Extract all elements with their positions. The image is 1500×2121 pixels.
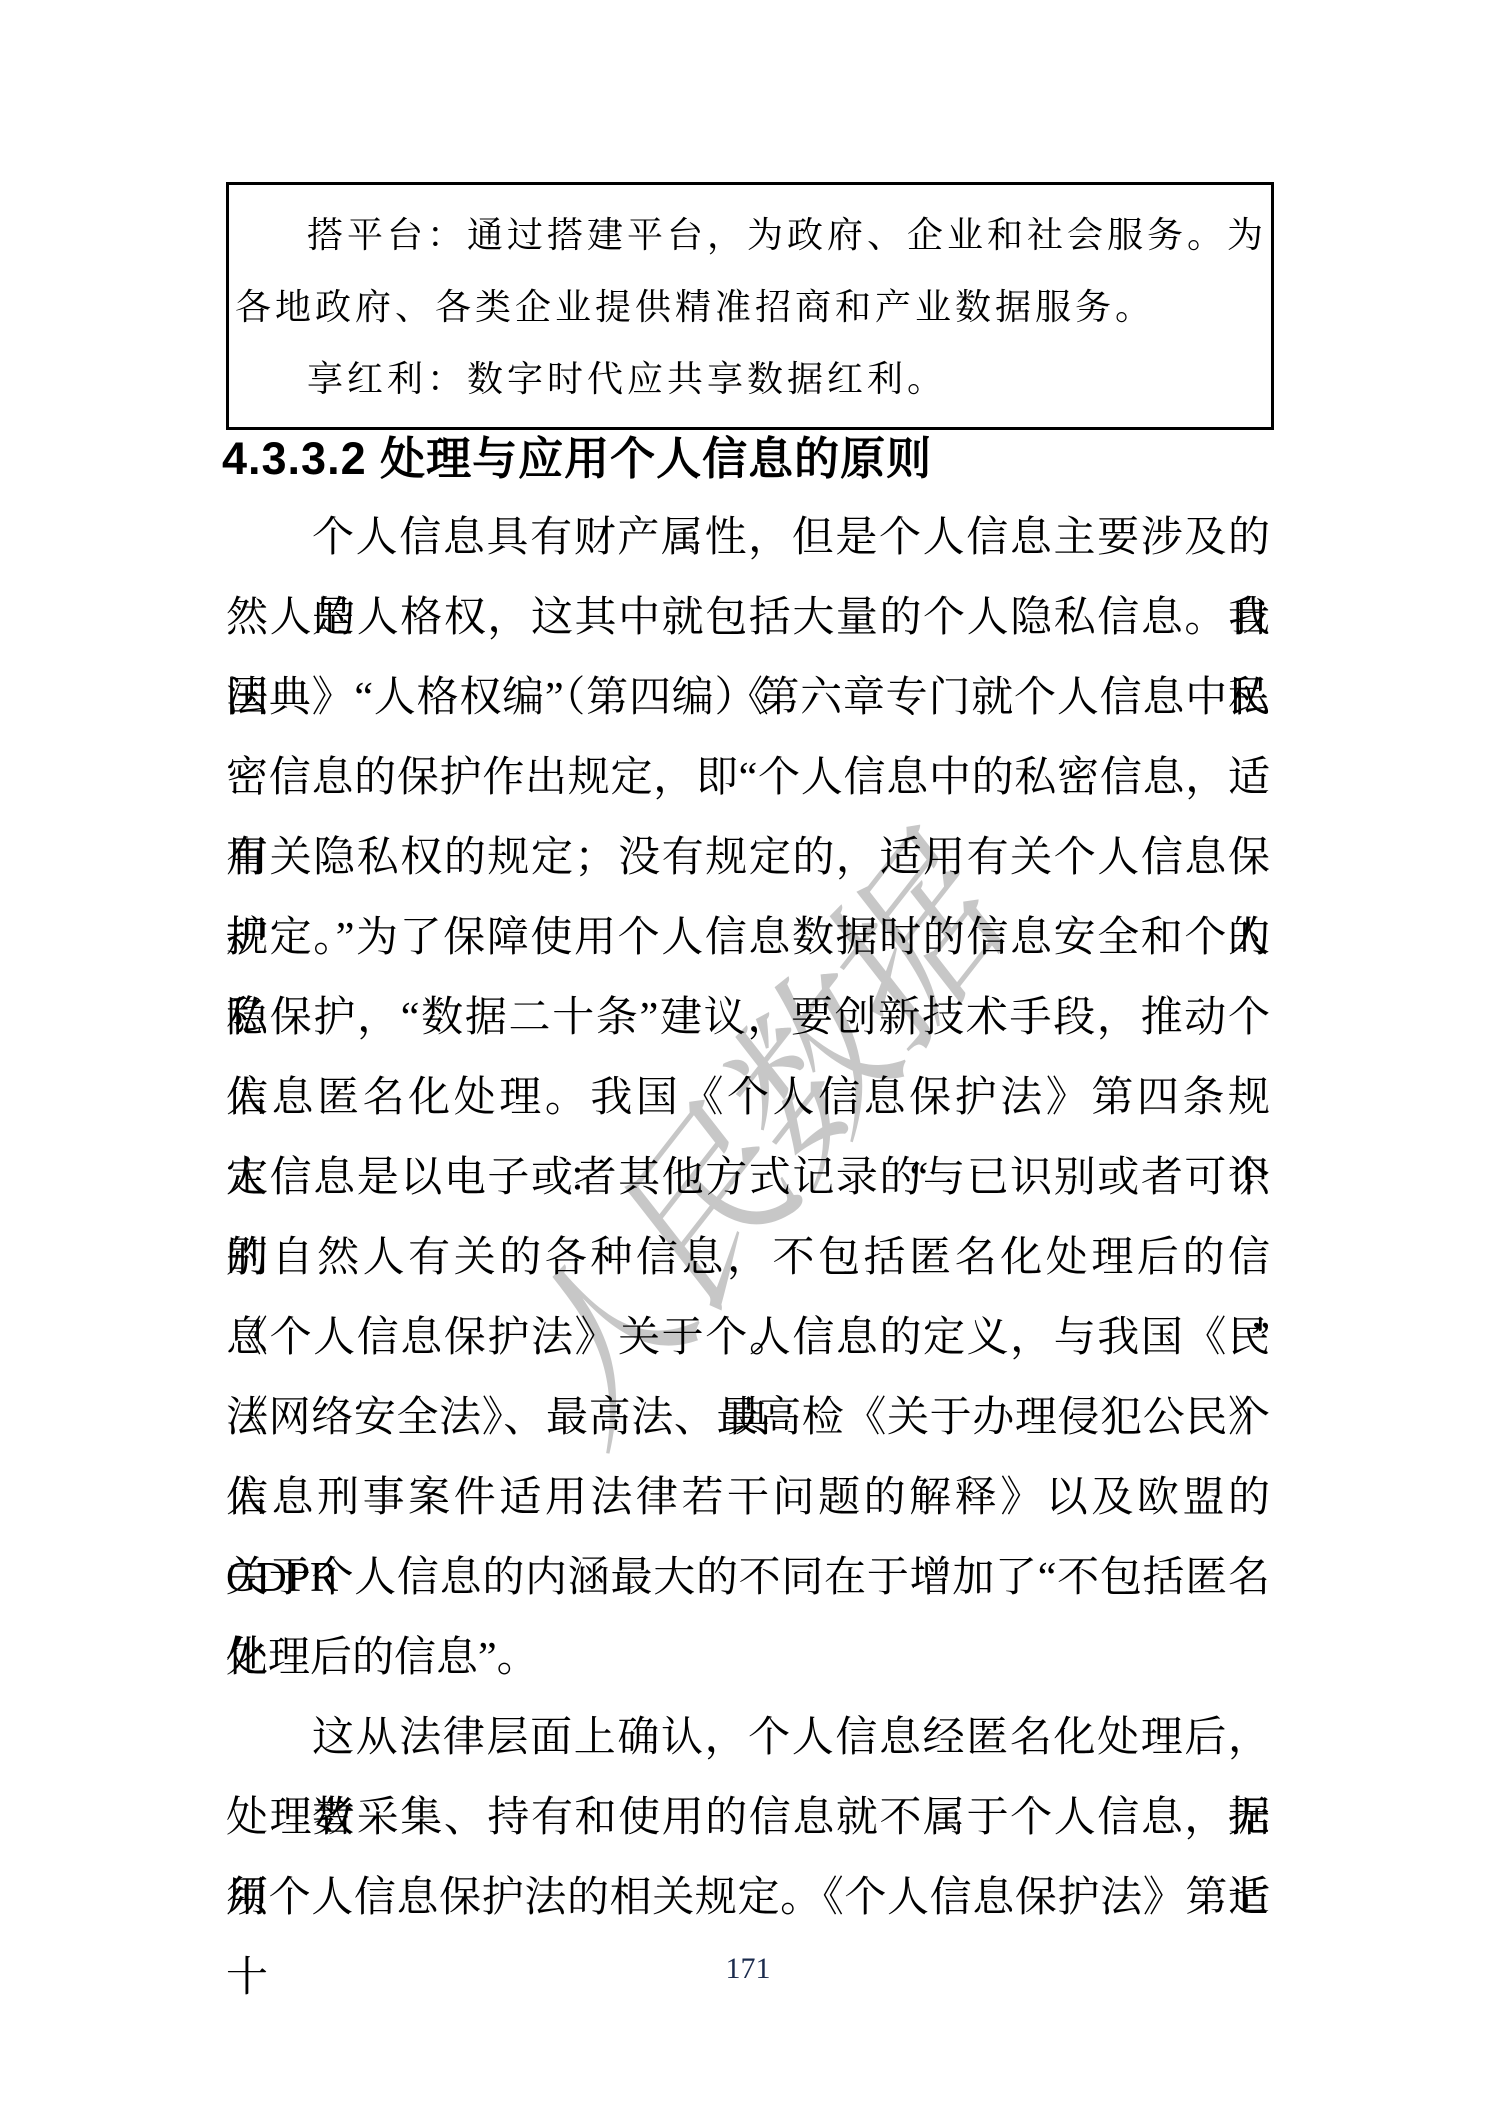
- body-line: 信息刑事案件适用法律若干问题的解释》以及欧盟的 GDPR: [226, 1458, 1270, 1538]
- body-line: 用个人信息保护法的相关规定。《个人信息保护法》第七十: [226, 1858, 1270, 1938]
- body-line: 然人的人格权，这其中就包括大量的个人隐私信息。我国《民: [226, 578, 1270, 658]
- section-heading: 4.3.3.2 处理与应用个人信息的原则: [222, 434, 932, 484]
- document-page: 人民数据 搭平台：通过搭建平台，为政府、企业和社会服务。为 各地政府、各类企业提…: [0, 0, 1500, 2121]
- body-paragraphs: 个人信息具有财产属性，但是个人信息主要涉及的是自 然人的人格权，这其中就包括大量…: [226, 498, 1270, 1938]
- body-line: 处理者采集、持有和使用的信息就不属于个人信息，无须适: [226, 1778, 1270, 1858]
- quote-box: 搭平台：通过搭建平台，为政府、企业和社会服务。为 各地政府、各类企业提供精准招商…: [226, 182, 1274, 430]
- body-line: 私保护，“数据二十条”建议，要创新技术手段，推动个人: [226, 978, 1270, 1058]
- body-line: 这从法律层面上确认，个人信息经匿名化处理后，数据: [226, 1698, 1270, 1778]
- page-number: 171: [0, 1952, 1496, 1986]
- quote-box-line: 享红利：数字时代应共享数据红利。: [235, 343, 1265, 415]
- body-line: 规定。”为了保障使用个人信息数据时的信息安全和个人隐: [226, 898, 1270, 978]
- body-line: 关于个人信息的内涵最大的不同在于增加了“不包括匿名化: [226, 1538, 1270, 1618]
- body-line: 信息匿名化处理。我国《个人信息保护法》第四条规定：“个: [226, 1058, 1270, 1138]
- body-line: 人信息是以电子或者其他方式记录的与已识别或者可识别: [226, 1138, 1270, 1218]
- body-line: 法典》“人格权编”（第四编）第六章专门就个人信息中私: [226, 658, 1270, 738]
- body-line: 《个人信息保护法》关于个人信息的定义，与我国《民法典》: [226, 1298, 1270, 1378]
- body-line: 的自然人有关的各种信息，不包括匿名化处理后的信息。”: [226, 1218, 1270, 1298]
- body-line: 个人信息具有财产属性，但是个人信息主要涉及的是自: [226, 498, 1270, 578]
- body-line: 有关隐私权的规定；没有规定的，适用有关个人信息保护的: [226, 818, 1270, 898]
- quote-box-line: 各地政府、各类企业提供精准招商和产业数据服务。: [235, 271, 1265, 343]
- quote-box-line: 搭平台：通过搭建平台，为政府、企业和社会服务。为: [235, 199, 1265, 271]
- body-line: 《网络安全法》、最高法、最高检《关于办理侵犯公民个人: [226, 1378, 1270, 1458]
- body-line: 密信息的保护作出规定，即“个人信息中的私密信息，适用: [226, 738, 1270, 818]
- body-line: 处理后的信息”。: [226, 1618, 1270, 1698]
